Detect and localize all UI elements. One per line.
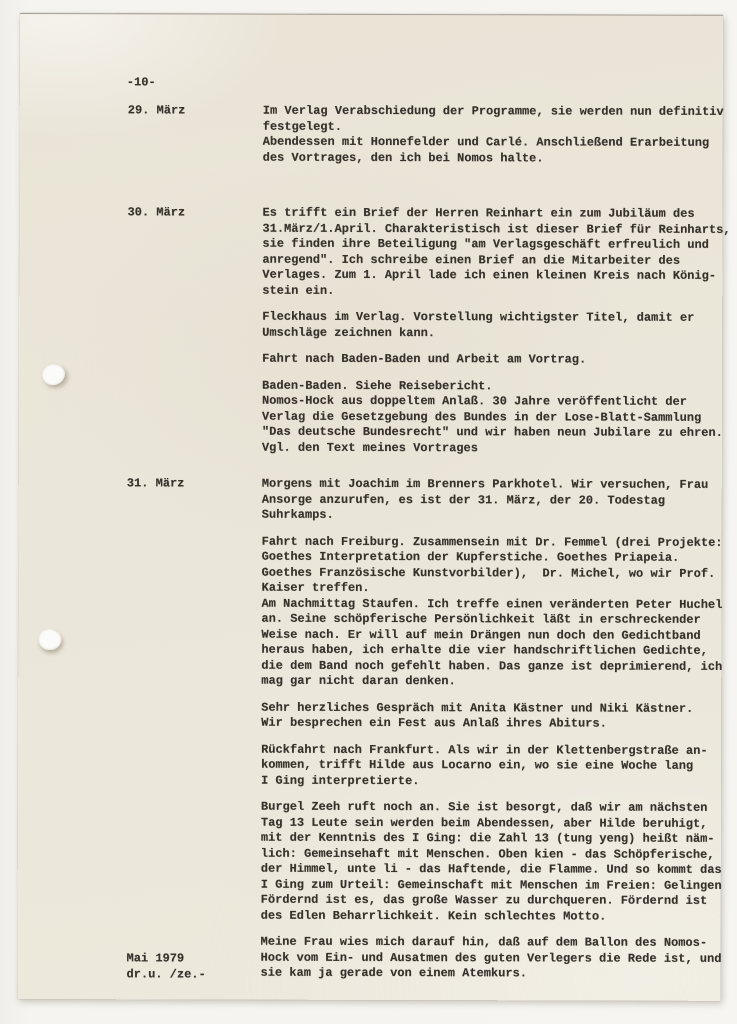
diary-entry-31-maerz: 31. März Morgens mit Joachim im Brenners… [17, 476, 721, 982]
diary-paragraph: Es trifft ein Brief der Herren Reinhart … [262, 206, 718, 300]
diary-paragraph: Sehr herzliches Gespräch mit Anita Kästn… [261, 700, 717, 732]
document-page: -10- 29. März Im Verlag Verabschiedung d… [17, 13, 723, 1001]
entry-body: Morgens mit Joachim im Brenners Parkhote… [260, 477, 717, 983]
footer-date: Mai 1979 [127, 951, 206, 967]
entry-date: 31. März [127, 476, 185, 492]
diary-paragraph: Baden-Baden. Siehe Reisebericht. Nomos-H… [262, 378, 718, 457]
scan-background: -10- 29. März Im Verlag Verabschiedung d… [0, 0, 737, 1024]
diary-paragraph: Burgel Zeeh ruft noch an. Sie ist besorg… [261, 800, 717, 925]
entry-body: Es trifft ein Brief der Herren Reinhart … [262, 206, 719, 457]
diary-paragraph: Im Verlag Verabschiedung der Programme, … [263, 104, 719, 167]
page-number: -10- [127, 75, 156, 91]
diary-paragraph: Morgens mit Joachim im Brenners Parkhote… [262, 477, 718, 525]
diary-paragraph: Meine Frau wies mich darauf hin, daß auf… [260, 935, 716, 983]
diary-entry-30-maerz: 30. März Es trifft ein Brief der Herren … [19, 205, 723, 457]
entry-date: 30. März [127, 205, 185, 221]
diary-paragraph: Fahrt nach Freiburg. Zusammensein mit Dr… [261, 534, 717, 690]
diary-entry-29-maerz: 29. März Im Verlag Verabschiedung der Pr… [20, 103, 723, 167]
diary-paragraph: Fahrt nach Baden-Baden und Arbeit am Vor… [262, 352, 718, 369]
entry-body: Im Verlag Verabschiedung der Programme, … [263, 104, 719, 167]
page-footer: Mai 1979 dr.u. /ze.- [126, 951, 205, 982]
footer-initials: dr.u. /ze.- [126, 967, 205, 983]
diary-paragraph: Rückfahrt nach Frankfurt. Als wir in der… [261, 742, 717, 790]
diary-paragraph: Fleckhaus im Verlag. Vorstellung wichtig… [262, 310, 718, 342]
entry-date: 29. März [128, 103, 186, 119]
